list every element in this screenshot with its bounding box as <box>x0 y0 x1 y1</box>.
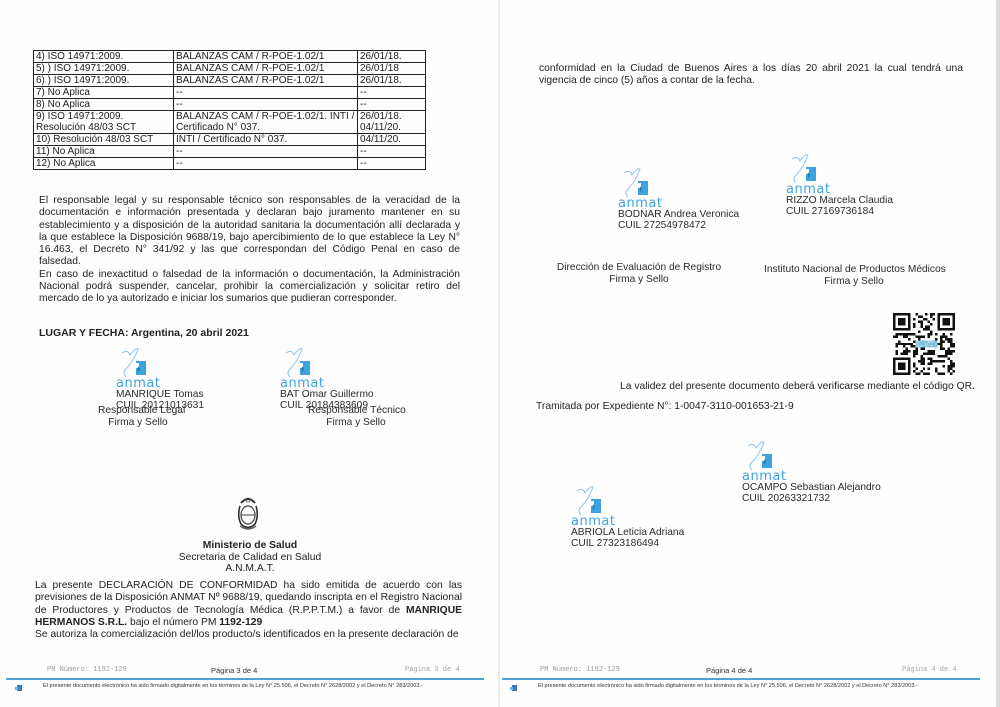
standard-cell: 6) ) ISO 14971:2009. <box>34 75 174 87</box>
footer-pm-number: PM Número: 1192-129 <box>540 666 620 674</box>
svg-text:anmat: anmat <box>571 514 615 527</box>
signature-rizzo: anmat RIZZO Marcela Claudia CUIL 2716973… <box>786 153 893 217</box>
svg-text:anmat: anmat <box>618 196 662 209</box>
signature-manrique: anmat MANRIQUE Tomas CUIL 20121013631 <box>116 347 204 411</box>
footer-page-ghost: Página 4 de 4 <box>902 666 957 674</box>
authorization-text: Se autoriza la comercialización del/los … <box>35 629 462 641</box>
evidence-cell: -- <box>174 99 358 111</box>
signer-name: ABRIOLA Leticia Adriana <box>571 527 684 538</box>
signature-abriola: anmat ABRIOLA Leticia Adriana CUIL 27323… <box>571 485 684 549</box>
signer-cuil: CUIL 27169736184 <box>786 206 893 217</box>
date-cell: 04/11/20. <box>358 134 426 146</box>
signer-cuil: CUIL 27254978472 <box>618 220 739 231</box>
footer-rule <box>502 678 980 680</box>
table-row: 11) No Aplica---- <box>34 146 426 158</box>
argentina-coat-of-arms-icon <box>232 494 264 534</box>
evidence-cell: BALANZAS CAM / R-POE-1.02/1. INTI /Certi… <box>174 111 358 134</box>
date-cell: -- <box>358 87 426 99</box>
caption-line-2: Firma y Sello <box>764 276 944 288</box>
footer-page-4: PM Número: 1192-129 Página 4 de 4 Página… <box>500 661 996 701</box>
anmat-logo-icon: anmat <box>116 347 180 389</box>
signature-bodnar: anmat BODNAR Andrea Veronica CUIL 272549… <box>618 167 739 231</box>
footer-rule <box>6 678 484 680</box>
signature-caption-tecnico: Responsable Técnico Firma y Sello <box>308 405 404 429</box>
ministry-agency: A.N.M.A.T. <box>150 563 350 575</box>
standard-cell: 5) ) ISO 14971:2009. <box>34 63 174 75</box>
standard-cell: 12) No Aplica <box>34 158 174 170</box>
evidence-cell: INTI / Certificado N° 037. <box>174 134 358 146</box>
standard-cell: 7) No Aplica <box>34 87 174 99</box>
table-row: 4) ISO 14971:2009.BALANZAS CAM / R-POE-1… <box>34 51 426 63</box>
evidence-cell: -- <box>174 146 358 158</box>
signer-cuil: CUIL 27323186494 <box>571 538 684 549</box>
table-row: 8) No Aplica---- <box>34 99 426 111</box>
declaration-paragraph: La presente DECLARACIÓN DE CONFORMIDAD h… <box>35 580 462 641</box>
signer-name: BODNAR Andrea Veronica <box>618 209 739 220</box>
standard-cell: 10) Resolución 48/03 SCT <box>34 134 174 146</box>
signature-bat: anmat BAT Omar Guillermo CUIL 2018438360… <box>280 347 374 411</box>
anmat-logo-icon: anmat <box>786 153 850 195</box>
qr-code[interactable] <box>893 313 955 375</box>
declaration-part-2: bajo el número PM <box>127 617 219 628</box>
table-row: 10) Resolución 48/03 SCTINTI / Certifica… <box>34 134 426 146</box>
declaration-text: La presente DECLARACIÓN DE CONFORMIDAD h… <box>35 580 462 629</box>
ministry-title: Ministerio de Salud <box>150 540 350 552</box>
expediente-number: Tramitada por Expediente N°: 1-0047-3110… <box>536 401 794 412</box>
date-cell: 26/01/18 <box>358 63 426 75</box>
anmat-logo-icon: anmat <box>742 440 806 482</box>
ministry-subtitle: Secretaria de Calidad en Salud <box>150 552 350 564</box>
standard-cell: 9) ISO 14971:2009.Resolución 48/03 SCT <box>34 111 174 134</box>
pm-number: 1192-129 <box>219 617 262 628</box>
page-edge <box>996 0 1000 707</box>
signer-name: MANRIQUE Tomas <box>116 389 204 400</box>
table-row: 5) ) ISO 14971:2009.BALANZAS CAM / R-POE… <box>34 63 426 75</box>
date-cell: -- <box>358 99 426 111</box>
anmat-logo-icon: anmat <box>280 347 344 389</box>
responsibility-text-2: En caso de inexactitud o falsedad de la … <box>39 269 460 306</box>
signature-ocampo: anmat OCAMPO Sebastian Alejandro CUIL 20… <box>742 440 881 504</box>
declaration-part-1: La presente DECLARACIÓN DE CONFORMIDAD h… <box>35 580 462 616</box>
standard-cell: 4) ISO 14971:2009. <box>34 51 174 63</box>
footer-page-ghost: Página 3 de 4 <box>405 666 460 674</box>
responsibility-text-1: El responsable legal y su responsable té… <box>39 195 460 269</box>
footer-legal-text: El presente documento electrónico ha sid… <box>538 683 918 689</box>
conformity-paragraph: conformidad en la Ciudad de Buenos Aires… <box>539 63 963 88</box>
footer-page-number: Página 4 de 4 <box>706 666 752 675</box>
svg-text:anmat: anmat <box>742 469 786 482</box>
date-cell: -- <box>358 158 426 170</box>
evidence-cell: -- <box>174 158 358 170</box>
date-cell: 26/01/18.04/11/20. <box>358 111 426 134</box>
caption-line-1: Instituto Nacional de Productos Médicos <box>764 264 944 276</box>
evidence-cell: BALANZAS CAM / R-POE-1.02/1 <box>174 51 358 63</box>
table-row: 12) No Aplica---- <box>34 158 426 170</box>
table-row: 7) No Aplica---- <box>34 87 426 99</box>
firma-label: Firma y Sello <box>308 417 404 429</box>
standard-cell: 8) No Aplica <box>34 99 174 111</box>
role-label: Responsable Técnico <box>308 405 404 417</box>
footer-page-number: Página 3 de 4 <box>211 666 257 675</box>
svg-text:anmat: anmat <box>280 376 324 389</box>
date-cell: 26/01/18. <box>358 51 426 63</box>
qr-validation-note: La validez del presente documento deberá… <box>620 381 975 392</box>
place-and-date: LUGAR Y FECHA: Argentina, 20 abril 2021 <box>39 327 249 339</box>
responsibility-paragraph: El responsable legal y su responsable té… <box>39 195 460 306</box>
footer-pm-number: PM Número: 1192-129 <box>47 666 127 674</box>
svg-text:anmat: anmat <box>116 376 160 389</box>
signer-name: BAT Omar Guillermo <box>280 389 374 400</box>
evidence-cell: -- <box>174 87 358 99</box>
digital-signature-icon <box>510 684 518 692</box>
table-row: 6) ) ISO 14971:2009.BALANZAS CAM / R-POE… <box>34 75 426 87</box>
date-cell: 26/01/18. <box>358 75 426 87</box>
signer-name: OCAMPO Sebastian Alejandro <box>742 482 881 493</box>
evidence-cell: BALANZAS CAM / R-POE-1.02/1 <box>174 63 358 75</box>
anmat-logo-icon: anmat <box>571 485 635 527</box>
svg-text:anmat: anmat <box>786 182 830 195</box>
footer-legal-text: El presente documento electrónico ha sid… <box>43 683 423 689</box>
ministry-header: Ministerio de Salud Secretaria de Calida… <box>150 540 350 575</box>
caption-line-1: Dirección de Evaluación de Registro <box>556 262 722 274</box>
caption-line-2: Firma y Sello <box>556 274 722 286</box>
date-cell: -- <box>358 146 426 158</box>
firma-label: Firma y Sello <box>98 417 178 429</box>
caption-instituto: Instituto Nacional de Productos Médicos … <box>764 264 944 288</box>
caption-direccion: Dirección de Evaluación de Registro Firm… <box>556 262 722 286</box>
signer-cuil: CUIL 20263321732 <box>742 493 881 504</box>
anmat-logo-icon: anmat <box>618 167 682 209</box>
standards-table: 4) ISO 14971:2009.BALANZAS CAM / R-POE-1… <box>33 50 426 170</box>
role-label: Responsable Legal <box>98 405 178 417</box>
evidence-cell: BALANZAS CAM / R-POE-1.02/1 <box>174 75 358 87</box>
standard-cell: 11) No Aplica <box>34 146 174 158</box>
digital-signature-icon <box>15 684 23 692</box>
footer-page-3: PM Número: 1192-129 Página 3 de 4 Página… <box>0 661 498 701</box>
signature-caption-legal: Responsable Legal Firma y Sello <box>98 405 178 429</box>
signer-name: RIZZO Marcela Claudia <box>786 195 893 206</box>
table-row: 9) ISO 14971:2009.Resolución 48/03 SCTBA… <box>34 111 426 134</box>
